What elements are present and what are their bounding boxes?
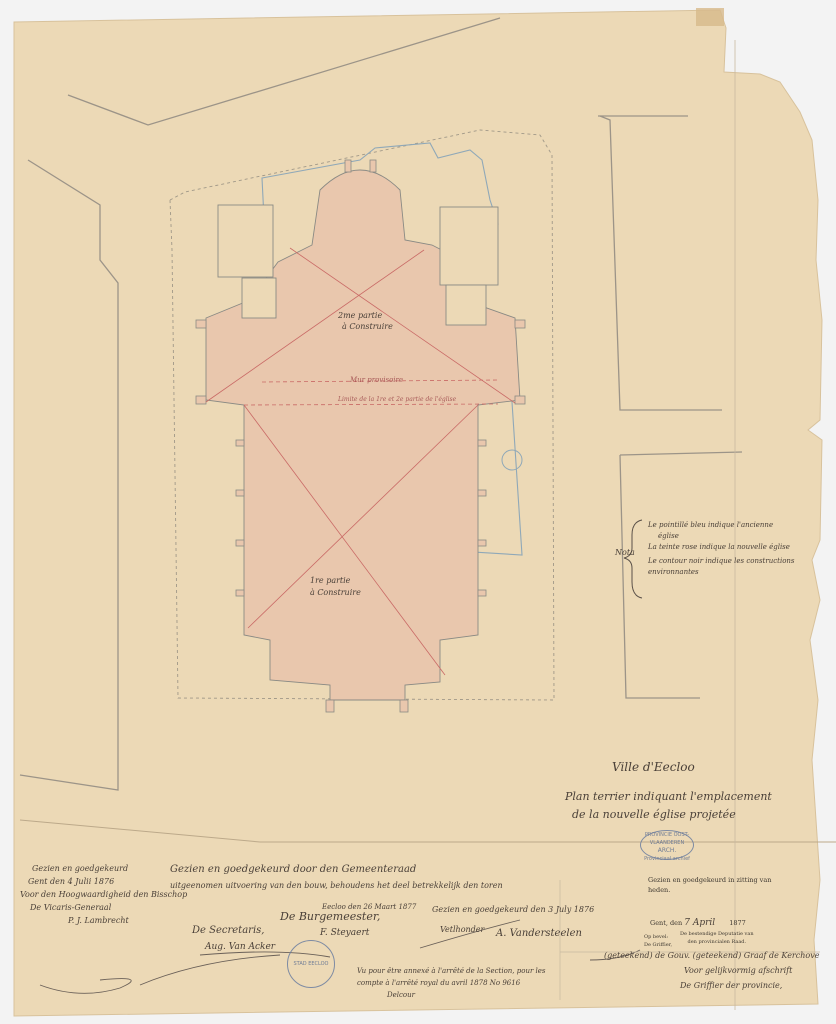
provincial-order: Op bevel: De Griffier, xyxy=(644,933,672,949)
new-church-plan xyxy=(196,160,525,712)
approval-july: Gezien en goedgekeurd den 3 July 1876 xyxy=(432,905,594,914)
burgomaster-label: De Burgemeester, xyxy=(280,910,380,923)
provincial-handwritten: (geteekend) de Gouv. (geteekend) Graaf d… xyxy=(604,948,819,993)
signature-steyaert: F. Steyaert xyxy=(320,928,369,938)
provincial-date: Gent, den 7 April 1877 xyxy=(650,918,746,928)
label-dashed-limit: Limite de la 1re et 2e partie de l'églis… xyxy=(338,396,456,403)
note-block: Le pointillé bleu indique l'ancienne égl… xyxy=(648,518,795,576)
signature-vandersteelen: A. Vandersteelen xyxy=(496,928,582,939)
label-part1: 1re partie à Construire xyxy=(310,575,361,599)
secretary-name: Aug. Van Acker xyxy=(205,942,275,952)
approval-council: Gezien en goedgekeurd door den Gemeenter… xyxy=(170,862,503,894)
title-city: Ville d'Eecloo xyxy=(612,760,695,774)
provincial-printed-1: Gezien en goedgekeurd in zitting van hed… xyxy=(648,875,771,895)
secretary-label: De Secretaris, xyxy=(192,925,264,936)
label-dashed-wall: Mur provisoire xyxy=(350,376,403,384)
signature-vetlhonder: Vetlhonder xyxy=(440,925,484,934)
ministry-note: Vu pour être annexé à l'arrêté de la Sec… xyxy=(357,965,546,1001)
note-label: Nota xyxy=(615,548,635,557)
title-line-1: Plan terrier indiquant l'emplacement xyxy=(565,790,772,803)
title-line-2: de la nouvelle église projetée xyxy=(572,808,736,821)
label-part2: 2me partie à Construire xyxy=(338,310,393,332)
approval-bishop: Gezien en goedgekeurd Gent den 4 Julii 1… xyxy=(20,862,187,927)
archive-stamp: PROVINCIE OOST-VLAANDEREN ARCH. Provinci… xyxy=(640,830,694,860)
round-seal: STAD EECLOO xyxy=(287,940,335,988)
provincial-printed-2: De bestendige Deputatie van den provinci… xyxy=(680,930,754,946)
